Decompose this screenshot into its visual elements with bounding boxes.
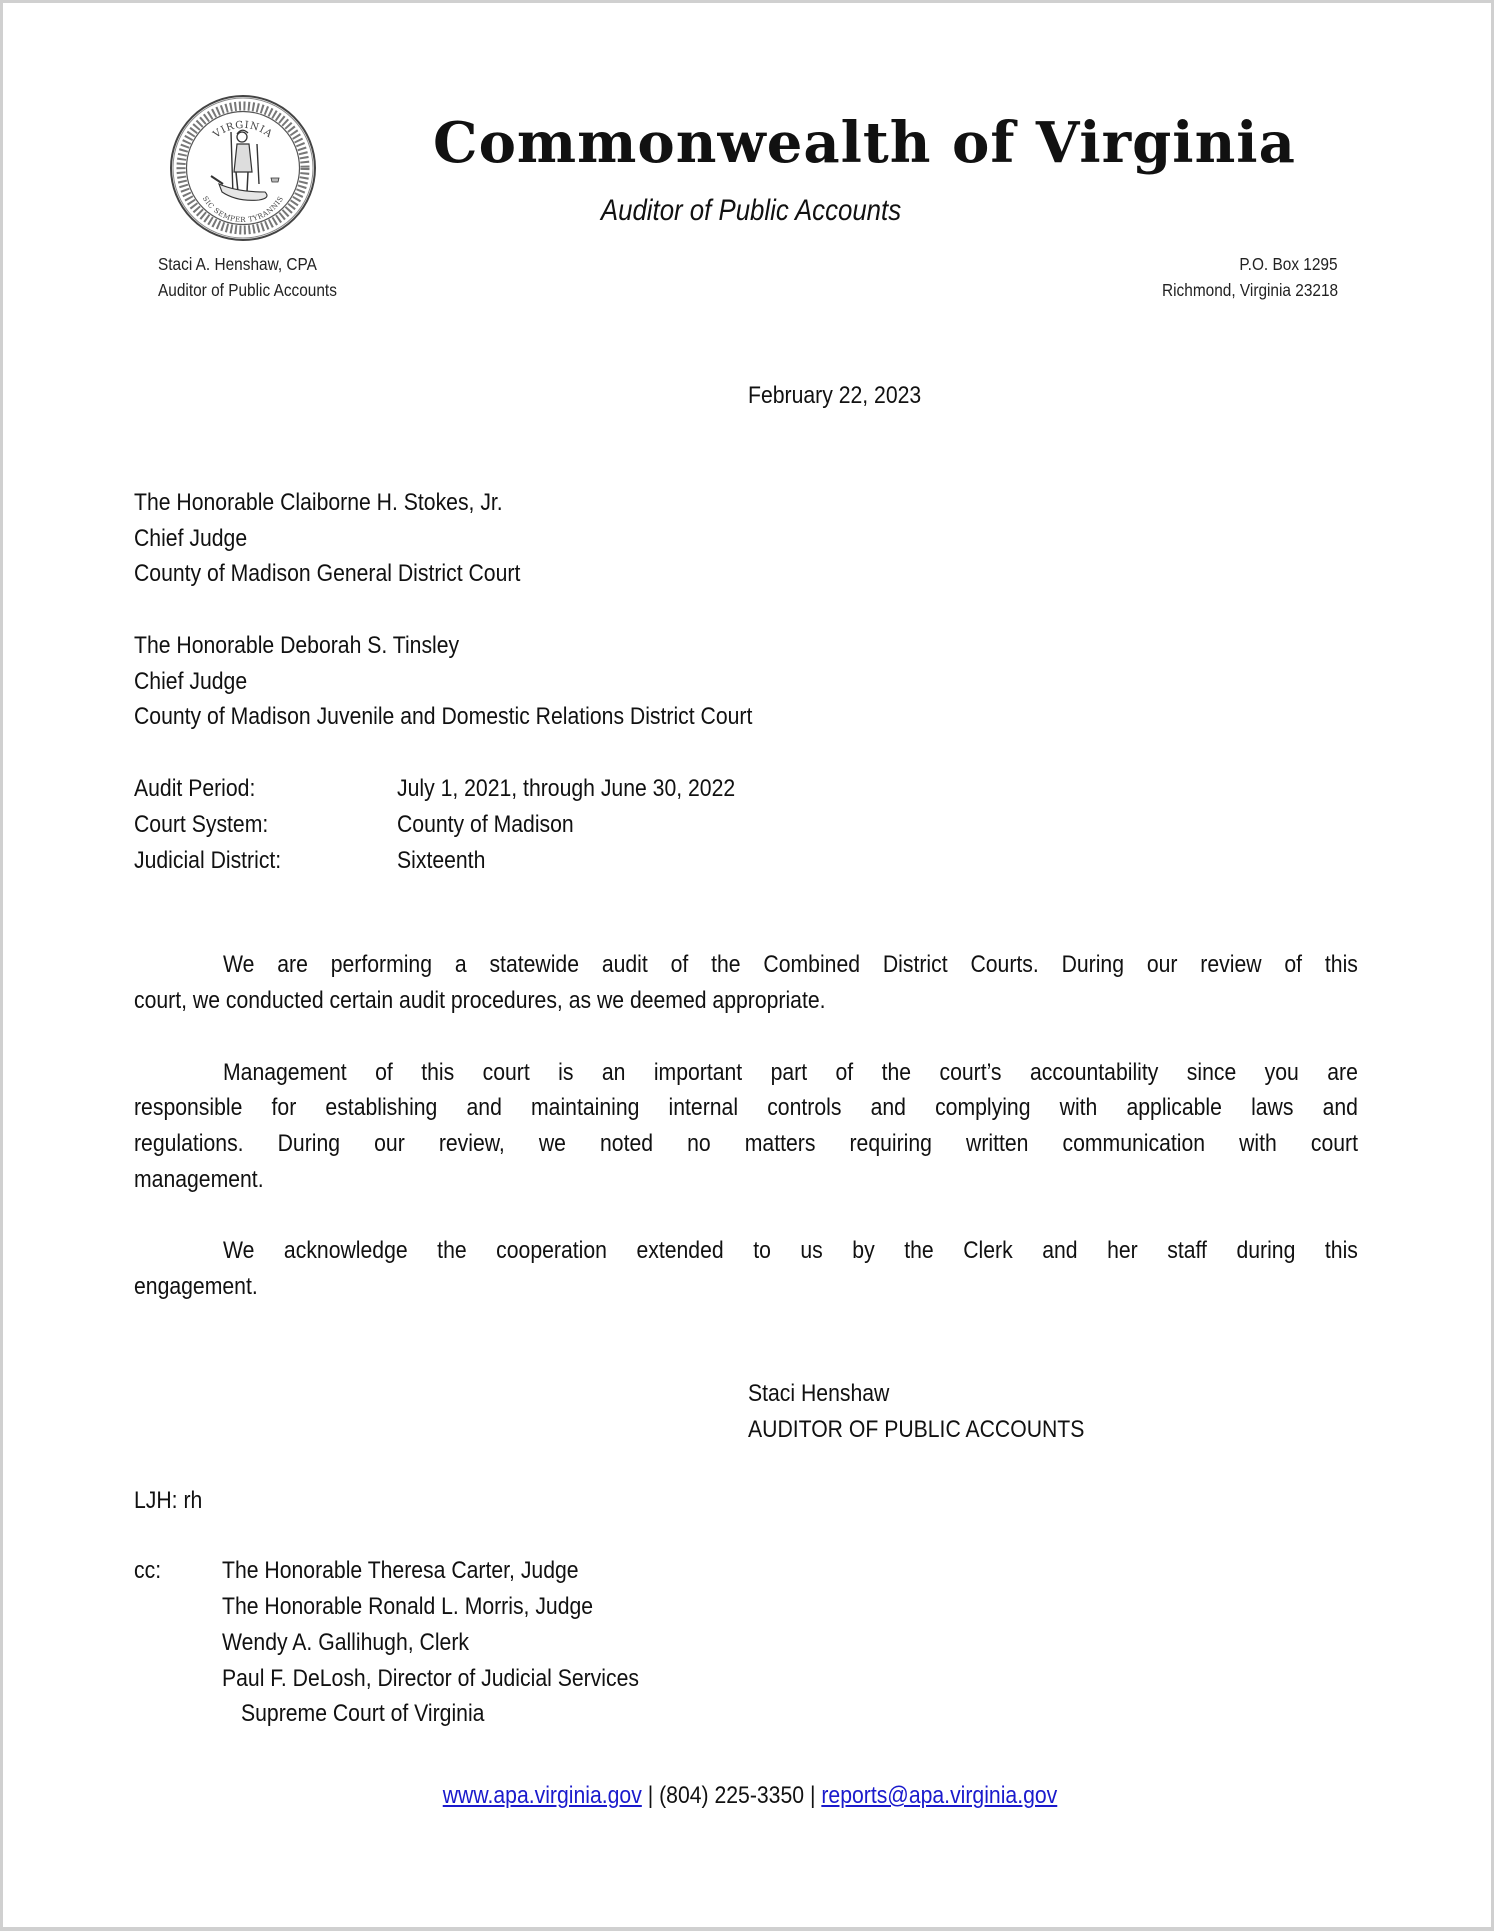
court-system-label: Court System: [134,810,268,840]
cc-item-sub: Supreme Court of Virginia [241,1699,484,1729]
footer-separator: | [810,1782,816,1809]
paragraph-line: We acknowledge the cooperation extended … [223,1236,1358,1266]
cc-item: The Honorable Theresa Carter, Judge [222,1556,579,1586]
audit-period-label: Audit Period: [134,774,255,804]
recipient-title: Chief Judge [134,667,247,697]
paragraph-line: court, we conducted certain audit proced… [134,986,1358,1016]
letterhead-subtitle: Auditor of Public Accounts [538,191,965,231]
cc-item: The Honorable Ronald L. Morris, Judge [222,1592,593,1622]
city-state-zip: Richmond, Virginia 23218 [1162,279,1338,301]
letter-page: VIRGINIA SIC SEMPER TYRANNIS Commonwealt… [3,3,1491,1927]
paragraph-line: We are performing a statewide audit of t… [223,950,1358,980]
audit-period-value: July 1, 2021, through June 30, 2022 [397,774,735,804]
letter-date: February 22, 2023 [748,381,921,411]
recipient-title: Chief Judge [134,524,247,554]
paragraph-line: Management of this court is an important… [223,1058,1358,1088]
cc-item: Wendy A. Gallihugh, Clerk [222,1628,469,1658]
cc-item: Paul F. DeLosh, Director of Judicial Ser… [222,1664,639,1694]
paragraph-line: engagement. [134,1272,1358,1302]
virginia-seal-icon: VIRGINIA SIC SEMPER TYRANNIS [167,92,319,244]
phone-number: (804) 225-3350 [659,1782,804,1809]
auditor-name: Staci A. Henshaw, CPA [158,253,317,275]
recipient-court: County of Madison General District Court [134,559,520,589]
paragraph-line: management. [134,1165,1358,1195]
cc-label: cc: [134,1556,161,1586]
judicial-district-value: Sixteenth [397,846,485,876]
recipient-court: County of Madison Juvenile and Domestic … [134,702,752,732]
signer-title: AUDITOR OF PUBLIC ACCOUNTS [748,1415,1084,1445]
paragraph-line: responsible for establishing and maintai… [134,1093,1358,1123]
reference-initials: LJH: rh [134,1486,202,1516]
letterhead-title: Commonwealth of Virginia [433,103,1066,183]
recipient-name: The Honorable Deborah S. Tinsley [134,631,459,661]
footer-separator: | [648,1782,654,1809]
recipient-name: The Honorable Claiborne H. Stokes, Jr. [134,488,503,518]
website-link[interactable]: www.apa.virginia.gov [443,1782,642,1809]
signer-name: Staci Henshaw [748,1379,889,1409]
court-system-value: County of Madison [397,810,574,840]
footer-contact: www.apa.virginia.gov | (804) 225-3350 | … [318,1781,1183,1811]
judicial-district-label: Judicial District: [134,846,281,876]
po-box: P.O. Box 1295 [1240,253,1338,275]
email-link[interactable]: reports@apa.virginia.gov [821,1782,1057,1809]
paragraph-line: regulations. During our review, we noted… [134,1129,1358,1159]
auditor-title: Auditor of Public Accounts [158,279,337,301]
